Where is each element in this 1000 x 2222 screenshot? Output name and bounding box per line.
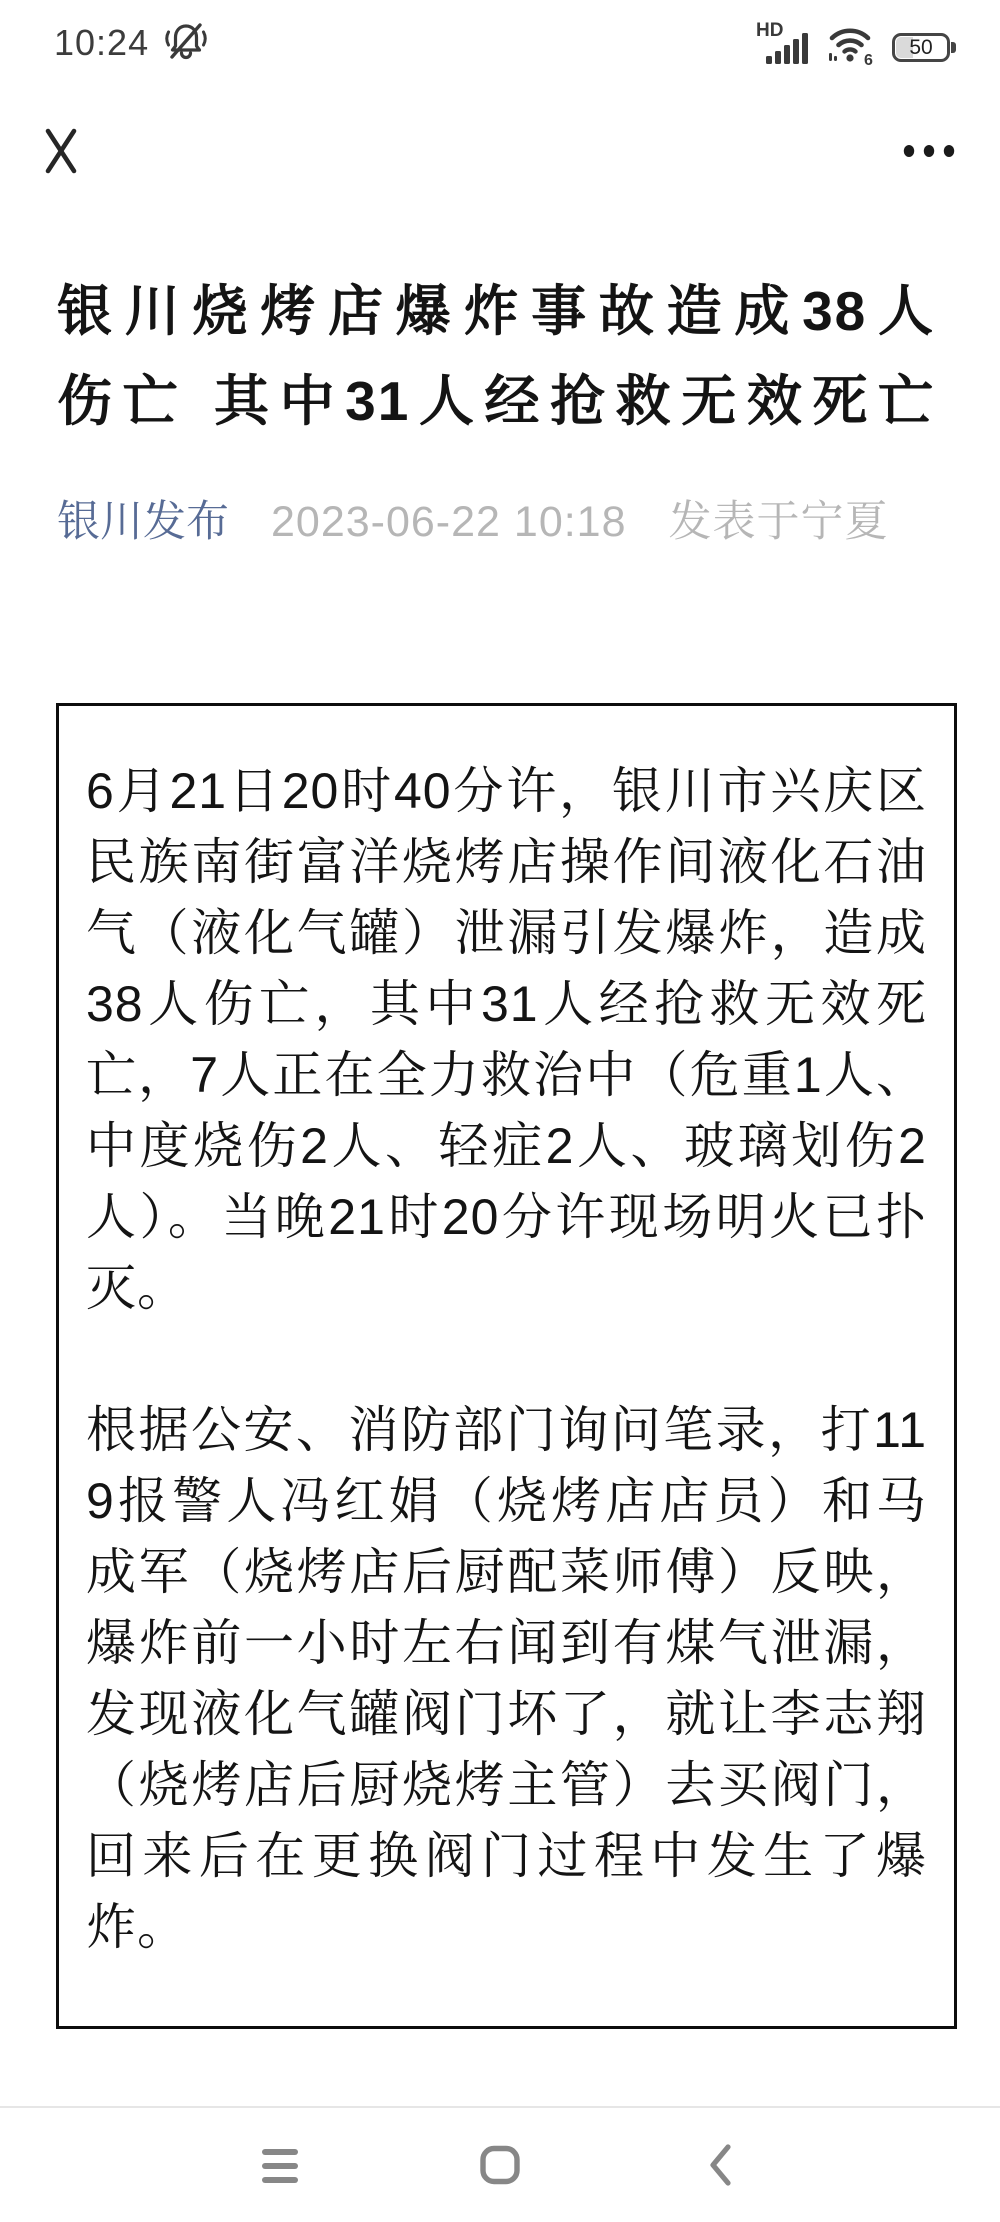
article-meta: 银川发布 2023-06-22 10:18 发表于宁夏 <box>57 488 960 549</box>
signal-strength-icon: HD <box>756 20 810 66</box>
system-nav-bar <box>0 2106 1000 2222</box>
status-bar: 10:24 HD 6 <box>0 14 1000 72</box>
mute-bell-icon <box>163 19 209 68</box>
recents-icon <box>262 2149 298 2183</box>
back-icon <box>707 2143 733 2190</box>
article-paragraph-2: 根据公安、消防部门询问笔录，打119报警人冯红娟（烧烤店店员）和马成军（烧烤店后… <box>86 1395 927 1963</box>
wifi-icon: 6 <box>826 22 876 66</box>
more-icon <box>902 143 956 162</box>
close-icon <box>40 126 82 179</box>
status-bar-right: HD 6 50 <box>756 20 950 66</box>
article-title: 银川烧烤店爆炸事故造成38人 伤亡 其中31人经抢救无效死亡 <box>57 266 935 446</box>
article-paragraph-1: 6月21日20时40分许，银川市兴庆区民族南街富洋烧烤店操作间液化石油气（液化气… <box>86 756 927 1324</box>
close-button[interactable] <box>36 122 86 183</box>
home-icon <box>479 2145 521 2188</box>
source-account-link[interactable]: 银川发布 <box>57 488 229 549</box>
phone-screen: { "status_bar": { "time": "10:24", "hd_l… <box>0 0 1000 2222</box>
svg-text:6: 6 <box>864 52 873 66</box>
article-title-line-2: 伤亡 其中31人经抢救无效死亡 <box>57 356 935 446</box>
home-button[interactable] <box>476 2139 524 2194</box>
publish-location: 发表于宁夏 <box>669 488 889 549</box>
battery-icon: 50 <box>892 33 950 62</box>
status-bar-left: 10:24 <box>54 19 209 68</box>
back-button[interactable] <box>696 2137 744 2196</box>
battery-percent: 50 <box>909 36 932 60</box>
more-menu-button[interactable] <box>898 139 960 166</box>
article-title-line-1: 银川烧烤店爆炸事故造成38人 <box>57 266 935 356</box>
publish-time: 2023-06-22 10:18 <box>271 498 627 547</box>
recents-button[interactable] <box>256 2143 304 2189</box>
article-body-box: 6月21日20时40分许，银川市兴庆区民族南街富洋烧烤店操作间液化石油气（液化气… <box>56 703 957 2029</box>
article-header-bar <box>36 120 960 184</box>
clock: 10:24 <box>54 22 149 64</box>
